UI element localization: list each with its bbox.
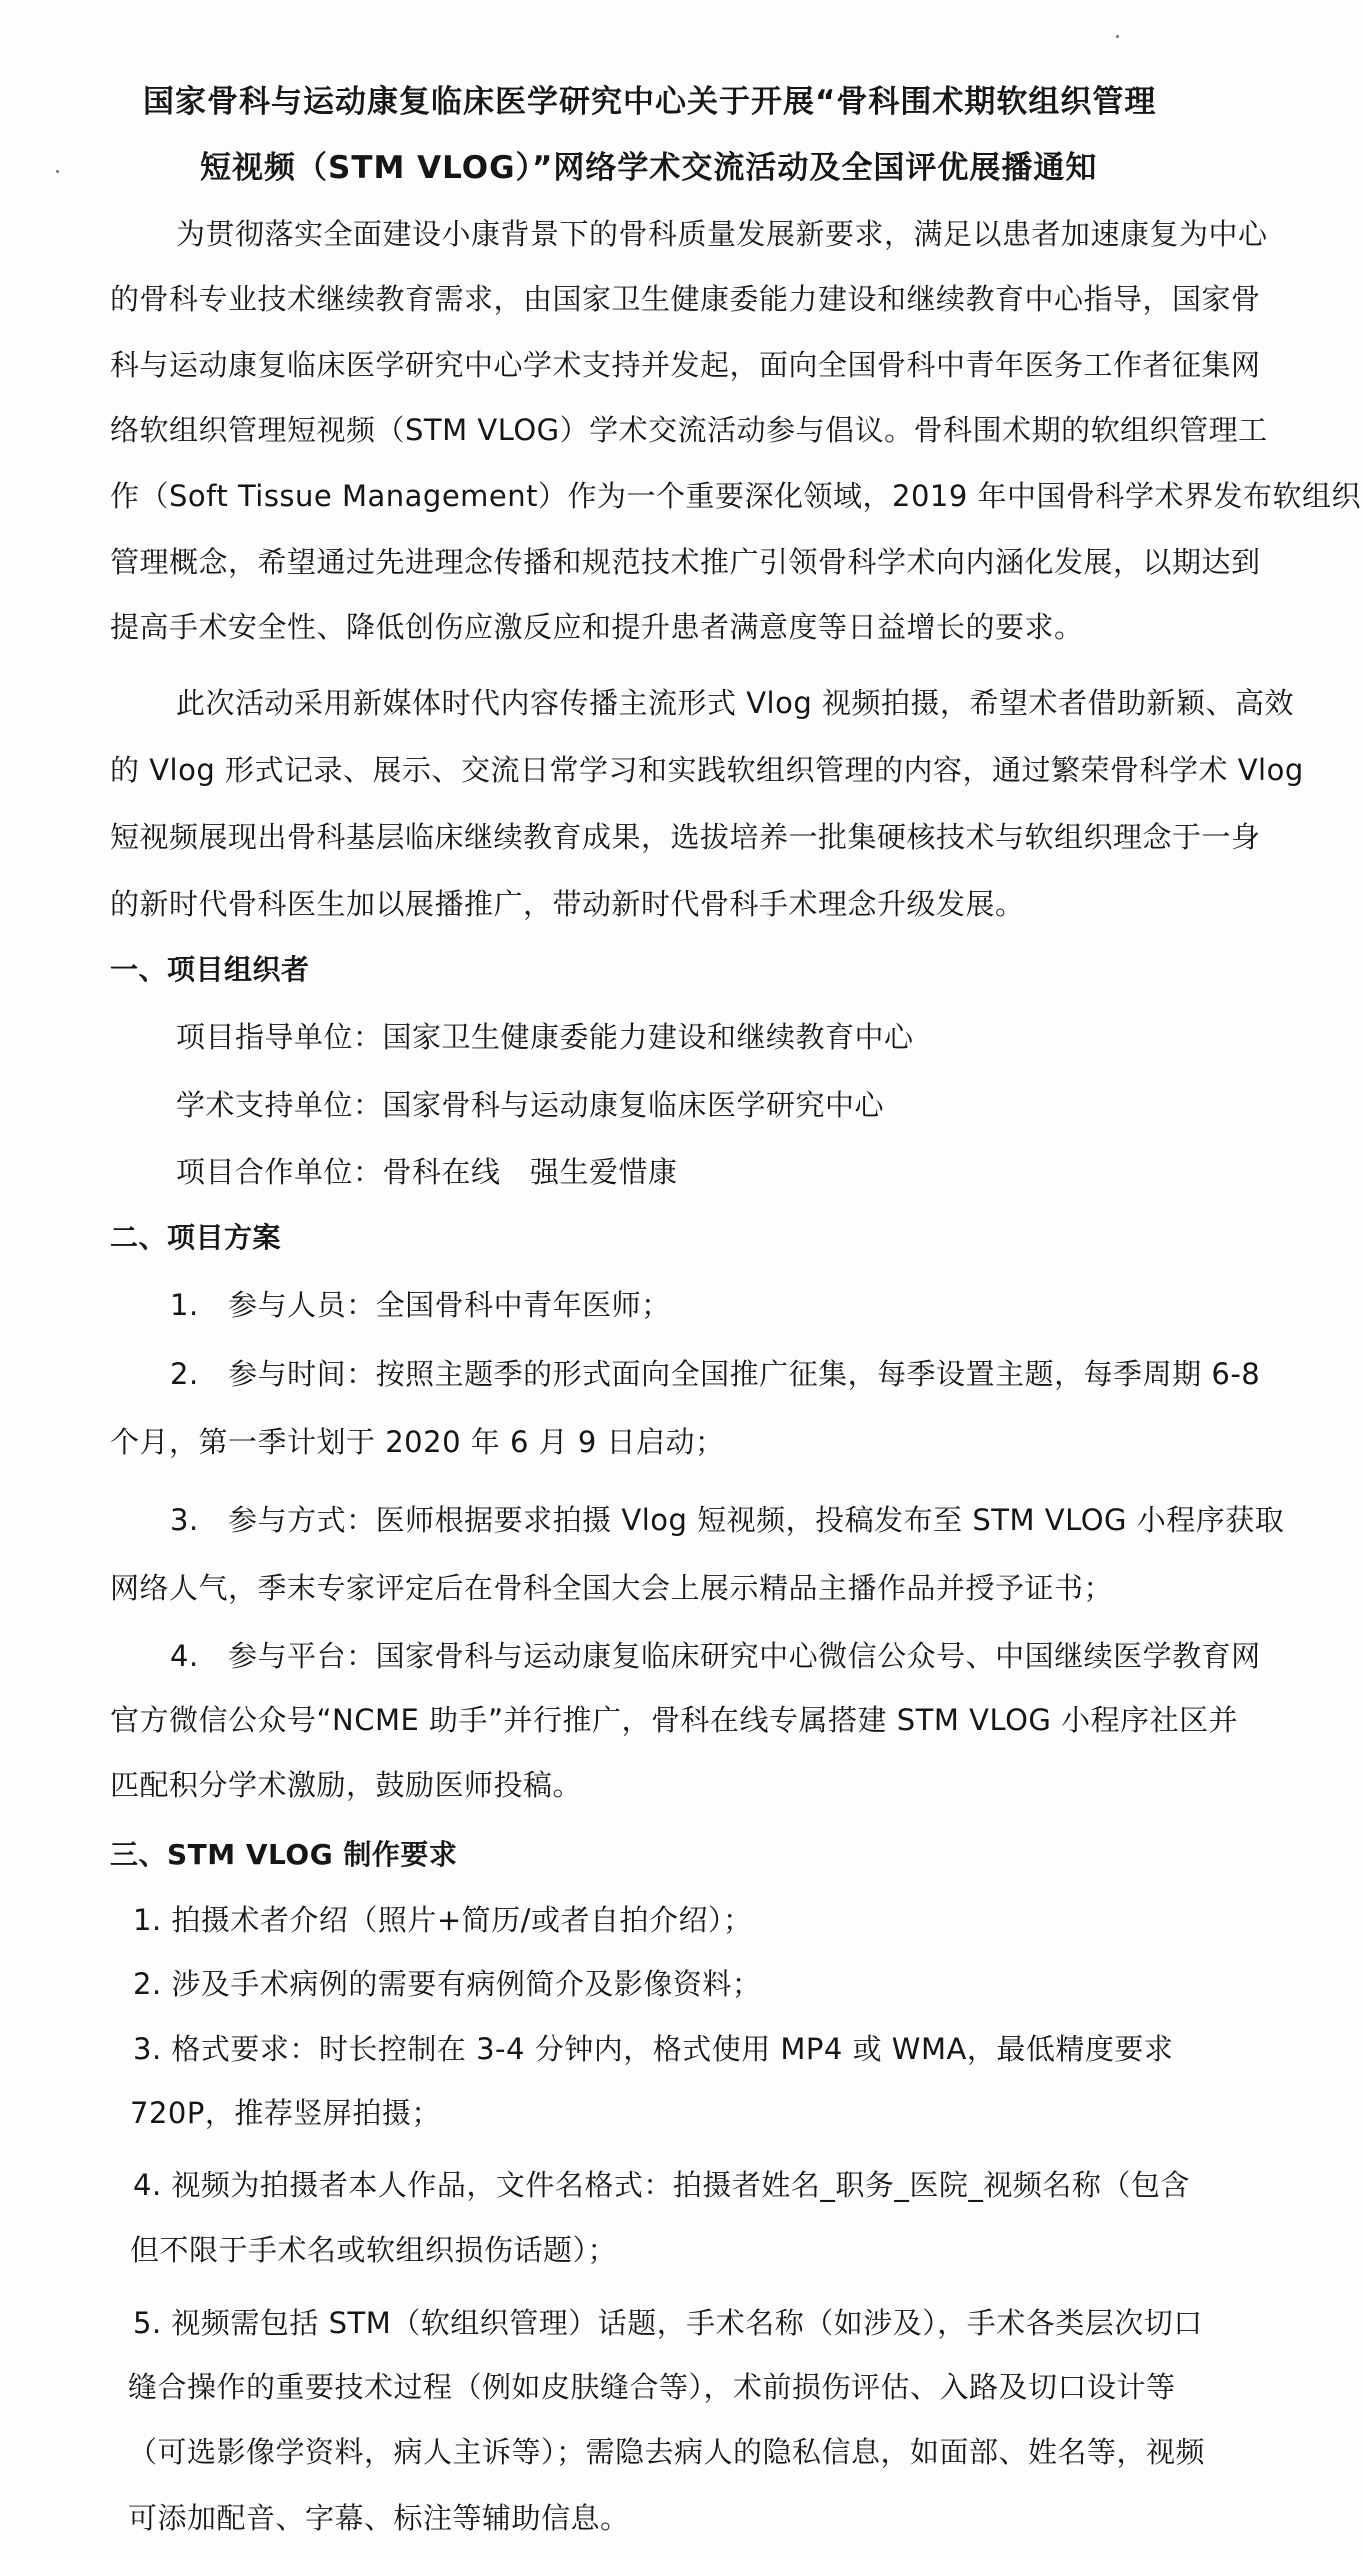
section-2-item-3-line-1: 3. 参与方式：医师根据要求拍摄 Vlog 短视频，投稿发布至 STM VLOG…: [170, 1500, 1284, 1540]
intro-p1-line-2: 的骨科专业技术继续教育需求，由国家卫生健康委能力建设和继续教育中心指导，国家骨: [110, 279, 1261, 319]
section-3-heading: 三、STM VLOG 制作要求: [110, 1835, 457, 1875]
scan-speck: [56, 170, 59, 173]
intro-p2-line-3: 短视频展现出骨科基层临床继续教育成果，选拔培养一批集硬核技术与软组织理念于一身: [110, 817, 1261, 857]
intro-p1-line-1: 为贯彻落实全面建设小康背景下的骨科质量发展新要求，满足以患者加速康复为中心: [176, 214, 1268, 254]
intro-p1-line-4: 络软组织管理短视频（STM VLOG）学术交流活动参与倡议。骨科围术期的软组织管…: [110, 410, 1268, 450]
section-3-item-5-line-4: 可添加配音、字幕、标注等辅助信息。: [128, 2498, 630, 2538]
section-3-item-2: 2. 涉及手术病例的需要有病例简介及影像资料；: [133, 1964, 761, 2004]
intro-p2-line-2: 的 Vlog 形式记录、展示、交流日常学习和实践软组织管理的内容，通过繁荣骨科学…: [110, 750, 1304, 790]
section-2-item-3-line-2: 网络人气，季末专家评定后在骨科全国大会上展示精品主播作品并授予证书；: [110, 1568, 1113, 1608]
section-2-item-4-line-3: 匹配积分学术激励，鼓励医师投稿。: [110, 1765, 582, 1805]
section-2-item-4-line-1: 4. 参与平台：国家骨科与运动康复临床研究中心微信公众号、中国继续医学教育网: [170, 1636, 1261, 1676]
document-title-line-1: 国家骨科与运动康复临床医学研究中心关于开展“骨科围术期软组织管理: [143, 82, 1156, 122]
section-3-item-1: 1. 拍摄术者介绍（照片+简历/或者自拍介绍）；: [133, 1900, 752, 1940]
section-2-item-1: 1. 参与人员：全国骨科中青年医师；: [170, 1285, 671, 1325]
intro-p1-line-7: 提高手术安全性、降低创伤应激反应和提升患者满意度等日益增长的要求。: [110, 607, 1084, 647]
section-2-heading: 二、项目方案: [110, 1218, 281, 1258]
intro-p2-line-4: 的新时代骨科医生加以展播推广，带动新时代骨科手术理念升级发展。: [110, 884, 1025, 924]
section-1-item-guidance: 项目指导单位：国家卫生健康委能力建设和继续教育中心: [176, 1017, 914, 1057]
section-3-item-5-line-2: 缝合操作的重要技术过程（例如皮肤缝合等），术前损伤评估、入路及切口设计等: [128, 2367, 1176, 2407]
section-3-item-5-line-1: 5. 视频需包括 STM（软组织管理）话题，手术名称（如涉及），手术各类层次切口: [133, 2303, 1203, 2343]
document-title-line-2: 短视频（STM VLOG）”网络学术交流活动及全国评优展播通知: [200, 148, 1097, 188]
section-2-item-2-line-2: 个月，第一季计划于 2020 年 6 月 9 日启动；: [110, 1422, 725, 1462]
section-1-item-partners: 项目合作单位：骨科在线 强生爱惜康: [176, 1152, 678, 1192]
section-2-item-4-line-2: 官方微信公众号“NCME 助手”并行推广，骨科在线专属搭建 STM VLOG 小…: [110, 1700, 1238, 1740]
section-3-item-4-line-1: 4. 视频为拍摄者本人作品，文件名格式：拍摄者姓名_职务_医院_视频名称（包含: [133, 2165, 1190, 2205]
section-3-item-4-line-2: 但不限于手术名或软组织损伤话题）；: [130, 2230, 617, 2270]
intro-p1-line-6: 管理概念，希望通过先进理念传播和规范技术推广引领骨科学术向内涵化发展，以期达到: [110, 542, 1261, 582]
section-3-item-5-line-3: （可选影像学资料，病人主诉等）；需隐去病人的隐私信息，如面部、姓名等，视频: [128, 2432, 1205, 2472]
section-1-heading: 一、项目组织者: [110, 950, 310, 990]
intro-p1-line-5: 作（Soft Tissue Management）作为一个重要深化领域，2019…: [110, 476, 1361, 516]
section-1-item-academic-support: 学术支持单位：国家骨科与运动康复临床医学研究中心: [176, 1085, 884, 1125]
section-3-item-3-line-1: 3. 格式要求：时长控制在 3-4 分钟内，格式使用 MP4 或 WMA，最低精…: [133, 2029, 1173, 2069]
section-3-item-3-line-2: 720P，推荐竖屏拍摄；: [130, 2093, 441, 2133]
scan-speck: [1116, 35, 1119, 38]
section-2-item-2-line-1: 2. 参与时间：按照主题季的形式面向全国推广征集，每季设置主题，每季周期 6-8: [170, 1354, 1260, 1394]
intro-p2-line-1: 此次活动采用新媒体时代内容传播主流形式 Vlog 视频拍摄，希望术者借助新颖、高…: [176, 683, 1294, 723]
intro-p1-line-3: 科与运动康复临床医学研究中心学术支持并发起，面向全国骨科中青年医务工作者征集网: [110, 345, 1261, 385]
